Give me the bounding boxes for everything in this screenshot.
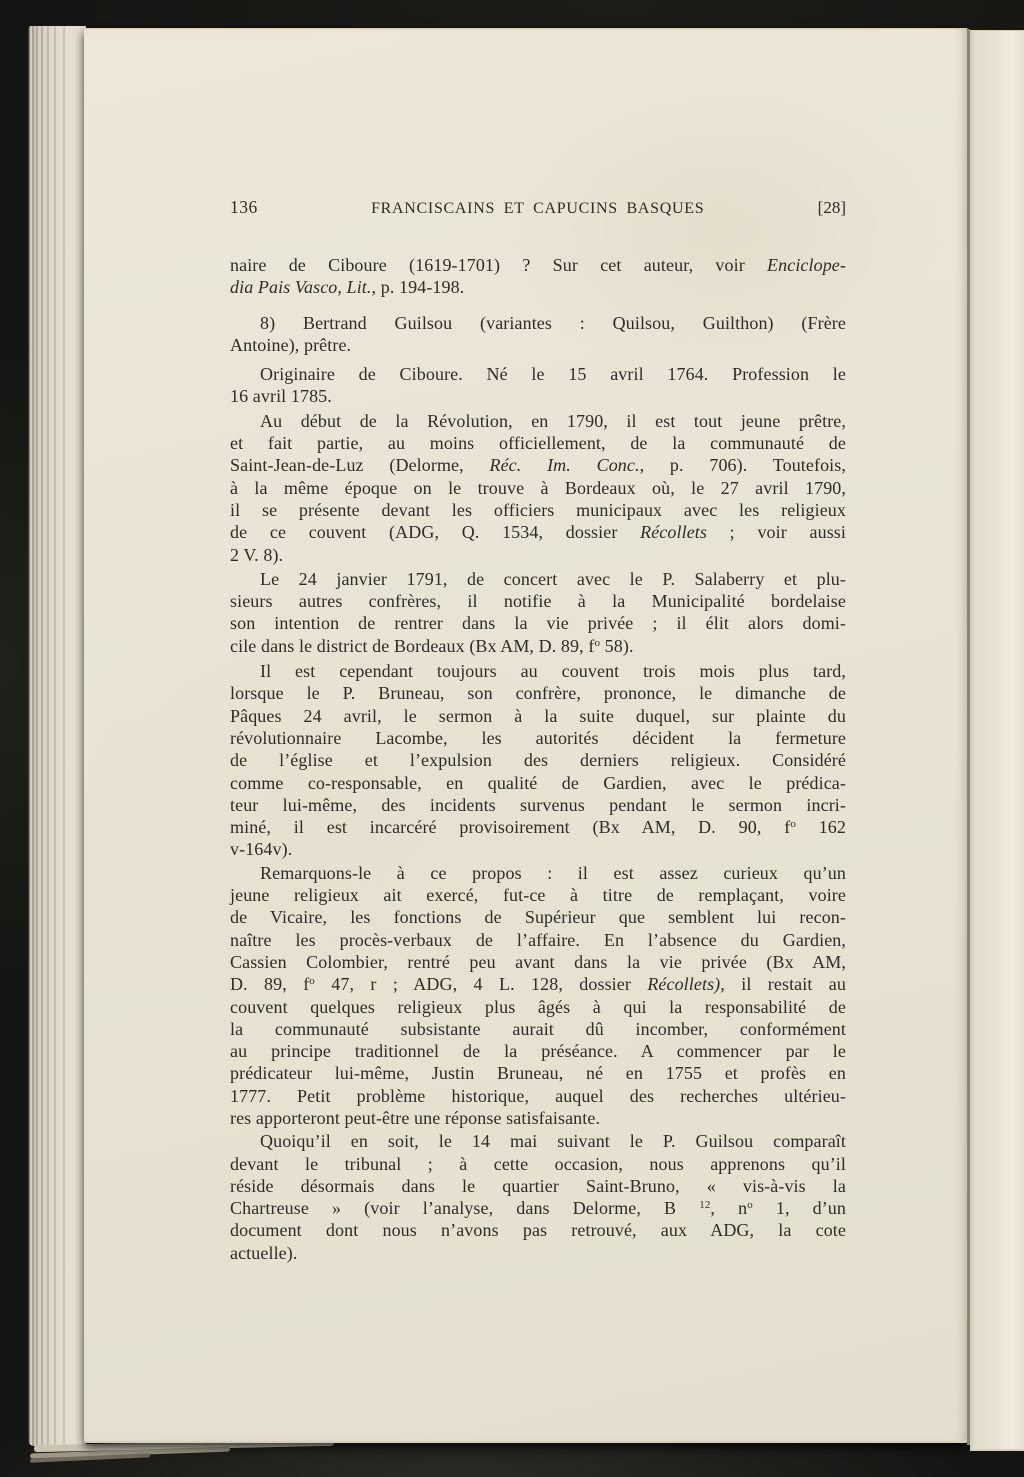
text-line: Originaire de Ciboure. Né le 15 avril 17… <box>230 363 846 385</box>
text-line: son intention de rentrer dans la vie pri… <box>230 612 846 634</box>
page-edges-stack <box>28 26 86 1446</box>
page-number: 136 <box>230 196 258 218</box>
text-line: dia Pais Vasco, Lit., p. 194-198. <box>230 276 846 298</box>
text-line: la communauté subsistante aurait dû inco… <box>230 1018 846 1040</box>
bracket-number: [28] <box>818 197 846 219</box>
text-line: à la même époque on le trouve à Bordeaux… <box>230 477 846 499</box>
text-line: Il est cependant toujours au couvent tro… <box>230 660 846 682</box>
running-title: FRANCISCAINS ET CAPUCINS BASQUES <box>371 198 704 220</box>
text-line: de Vicaire, les fonctions de Supérieur q… <box>230 906 846 928</box>
paragraph: 8) Bertrand Guilsou (variantes : Quilsou… <box>230 312 846 357</box>
text-line: 1777. Petit problème historique, auquel … <box>230 1085 846 1107</box>
text-line: devant le tribunal ; à cette occasion, n… <box>230 1153 846 1175</box>
text-line: de ce couvent (ADG, Q. 1534, dossier Réc… <box>230 521 846 543</box>
text-line: il se présente devant les officiers muni… <box>230 499 846 521</box>
text-line: Remarquons-le à ce propos : il est assez… <box>230 862 846 884</box>
text-line: D. 89, fo 47, r ; ADG, 4 L. 128, dossier… <box>230 973 846 995</box>
text-line: et fait partie, au moins officiellement,… <box>230 432 846 454</box>
text-line: naire de Ciboure (1619-1701) ? Sur cet a… <box>230 254 846 276</box>
page-header: 136 FRANCISCAINS ET CAPUCINS BASQUES [28… <box>230 196 846 220</box>
text-line: Saint-Jean-de-Luz (Delorme, Réc. Im. Con… <box>230 454 846 476</box>
paragraph: Le 24 janvier 1791, de concert avec le P… <box>230 568 846 657</box>
text-line: révolutionnaire Lacombe, les autorités d… <box>230 727 846 749</box>
text-line: 8) Bertrand Guilsou (variantes : Quilsou… <box>230 312 846 334</box>
text-line: de l’église et l’expulsion des derniers … <box>230 749 846 771</box>
text-line: Cassien Colombier, rentré peu avant dans… <box>230 951 846 973</box>
text-line: jeune religieux ait exercé, fut-ce à tit… <box>230 884 846 906</box>
text-line: Quoiqu’il en soit, le 14 mai suivant le … <box>230 1130 846 1152</box>
text-line: document dont nous n’avons pas retrouvé,… <box>230 1219 846 1241</box>
text-line: lorsque le P. Bruneau, son confrère, pro… <box>230 682 846 704</box>
text-line: 16 avril 1785. <box>230 385 846 407</box>
printed-area: 136 FRANCISCAINS ET CAPUCINS BASQUES [28… <box>230 196 846 1264</box>
book-page: 136 FRANCISCAINS ET CAPUCINS BASQUES [28… <box>84 28 968 1443</box>
text-line: 2 V. 8). <box>230 544 846 566</box>
paragraph: Il est cependant toujours au couvent tro… <box>230 660 846 861</box>
paragraph: naire de Ciboure (1619-1701) ? Sur cet a… <box>230 254 846 299</box>
paragraph: Remarquons-le à ce propos : il est assez… <box>230 862 846 1130</box>
body-text: naire de Ciboure (1619-1701) ? Sur cet a… <box>230 254 846 1264</box>
text-line: Antoine), prêtre. <box>230 334 846 356</box>
text-line: comme co-responsable, en qualité de Gard… <box>230 772 846 794</box>
text-line: cile dans le district de Bordeaux (Bx AM… <box>230 635 846 657</box>
text-line: res apporteront peut-être une réponse sa… <box>230 1107 846 1129</box>
paragraph: Originaire de Ciboure. Né le 15 avril 17… <box>230 363 846 408</box>
text-line: au principe traditionnel de la préséance… <box>230 1040 846 1062</box>
text-line: Chartreuse » (voir l’analyse, dans Delor… <box>230 1197 846 1219</box>
next-page-sliver <box>970 30 1024 1451</box>
paragraph: Quoiqu’il en soit, le 14 mai suivant le … <box>230 1130 846 1264</box>
text-line: actuelle). <box>230 1242 846 1264</box>
text-line: couvent quelques religieux plus âgés à q… <box>230 996 846 1018</box>
text-line: réside désormais dans le quartier Saint-… <box>230 1175 846 1197</box>
text-line: Le 24 janvier 1791, de concert avec le P… <box>230 568 846 590</box>
text-line: Au début de la Révolution, en 1790, il e… <box>230 410 846 432</box>
text-line: Pâques 24 avril, le sermon à la suite du… <box>230 705 846 727</box>
paragraph: Au début de la Révolution, en 1790, il e… <box>230 410 846 566</box>
text-line: sieurs autres confrères, il notifie à la… <box>230 590 846 612</box>
text-line: v-164v). <box>230 838 846 860</box>
text-line: teur lui-même, des incidents survenus pe… <box>230 794 846 816</box>
text-line: prédicateur lui-même, Justin Bruneau, né… <box>230 1062 846 1084</box>
text-line: naître les procès-verbaux de l’affaire. … <box>230 929 846 951</box>
book-photo: 136 FRANCISCAINS ET CAPUCINS BASQUES [28… <box>0 0 1024 1477</box>
text-line: miné, il est incarcéré provisoirement (B… <box>230 816 846 838</box>
